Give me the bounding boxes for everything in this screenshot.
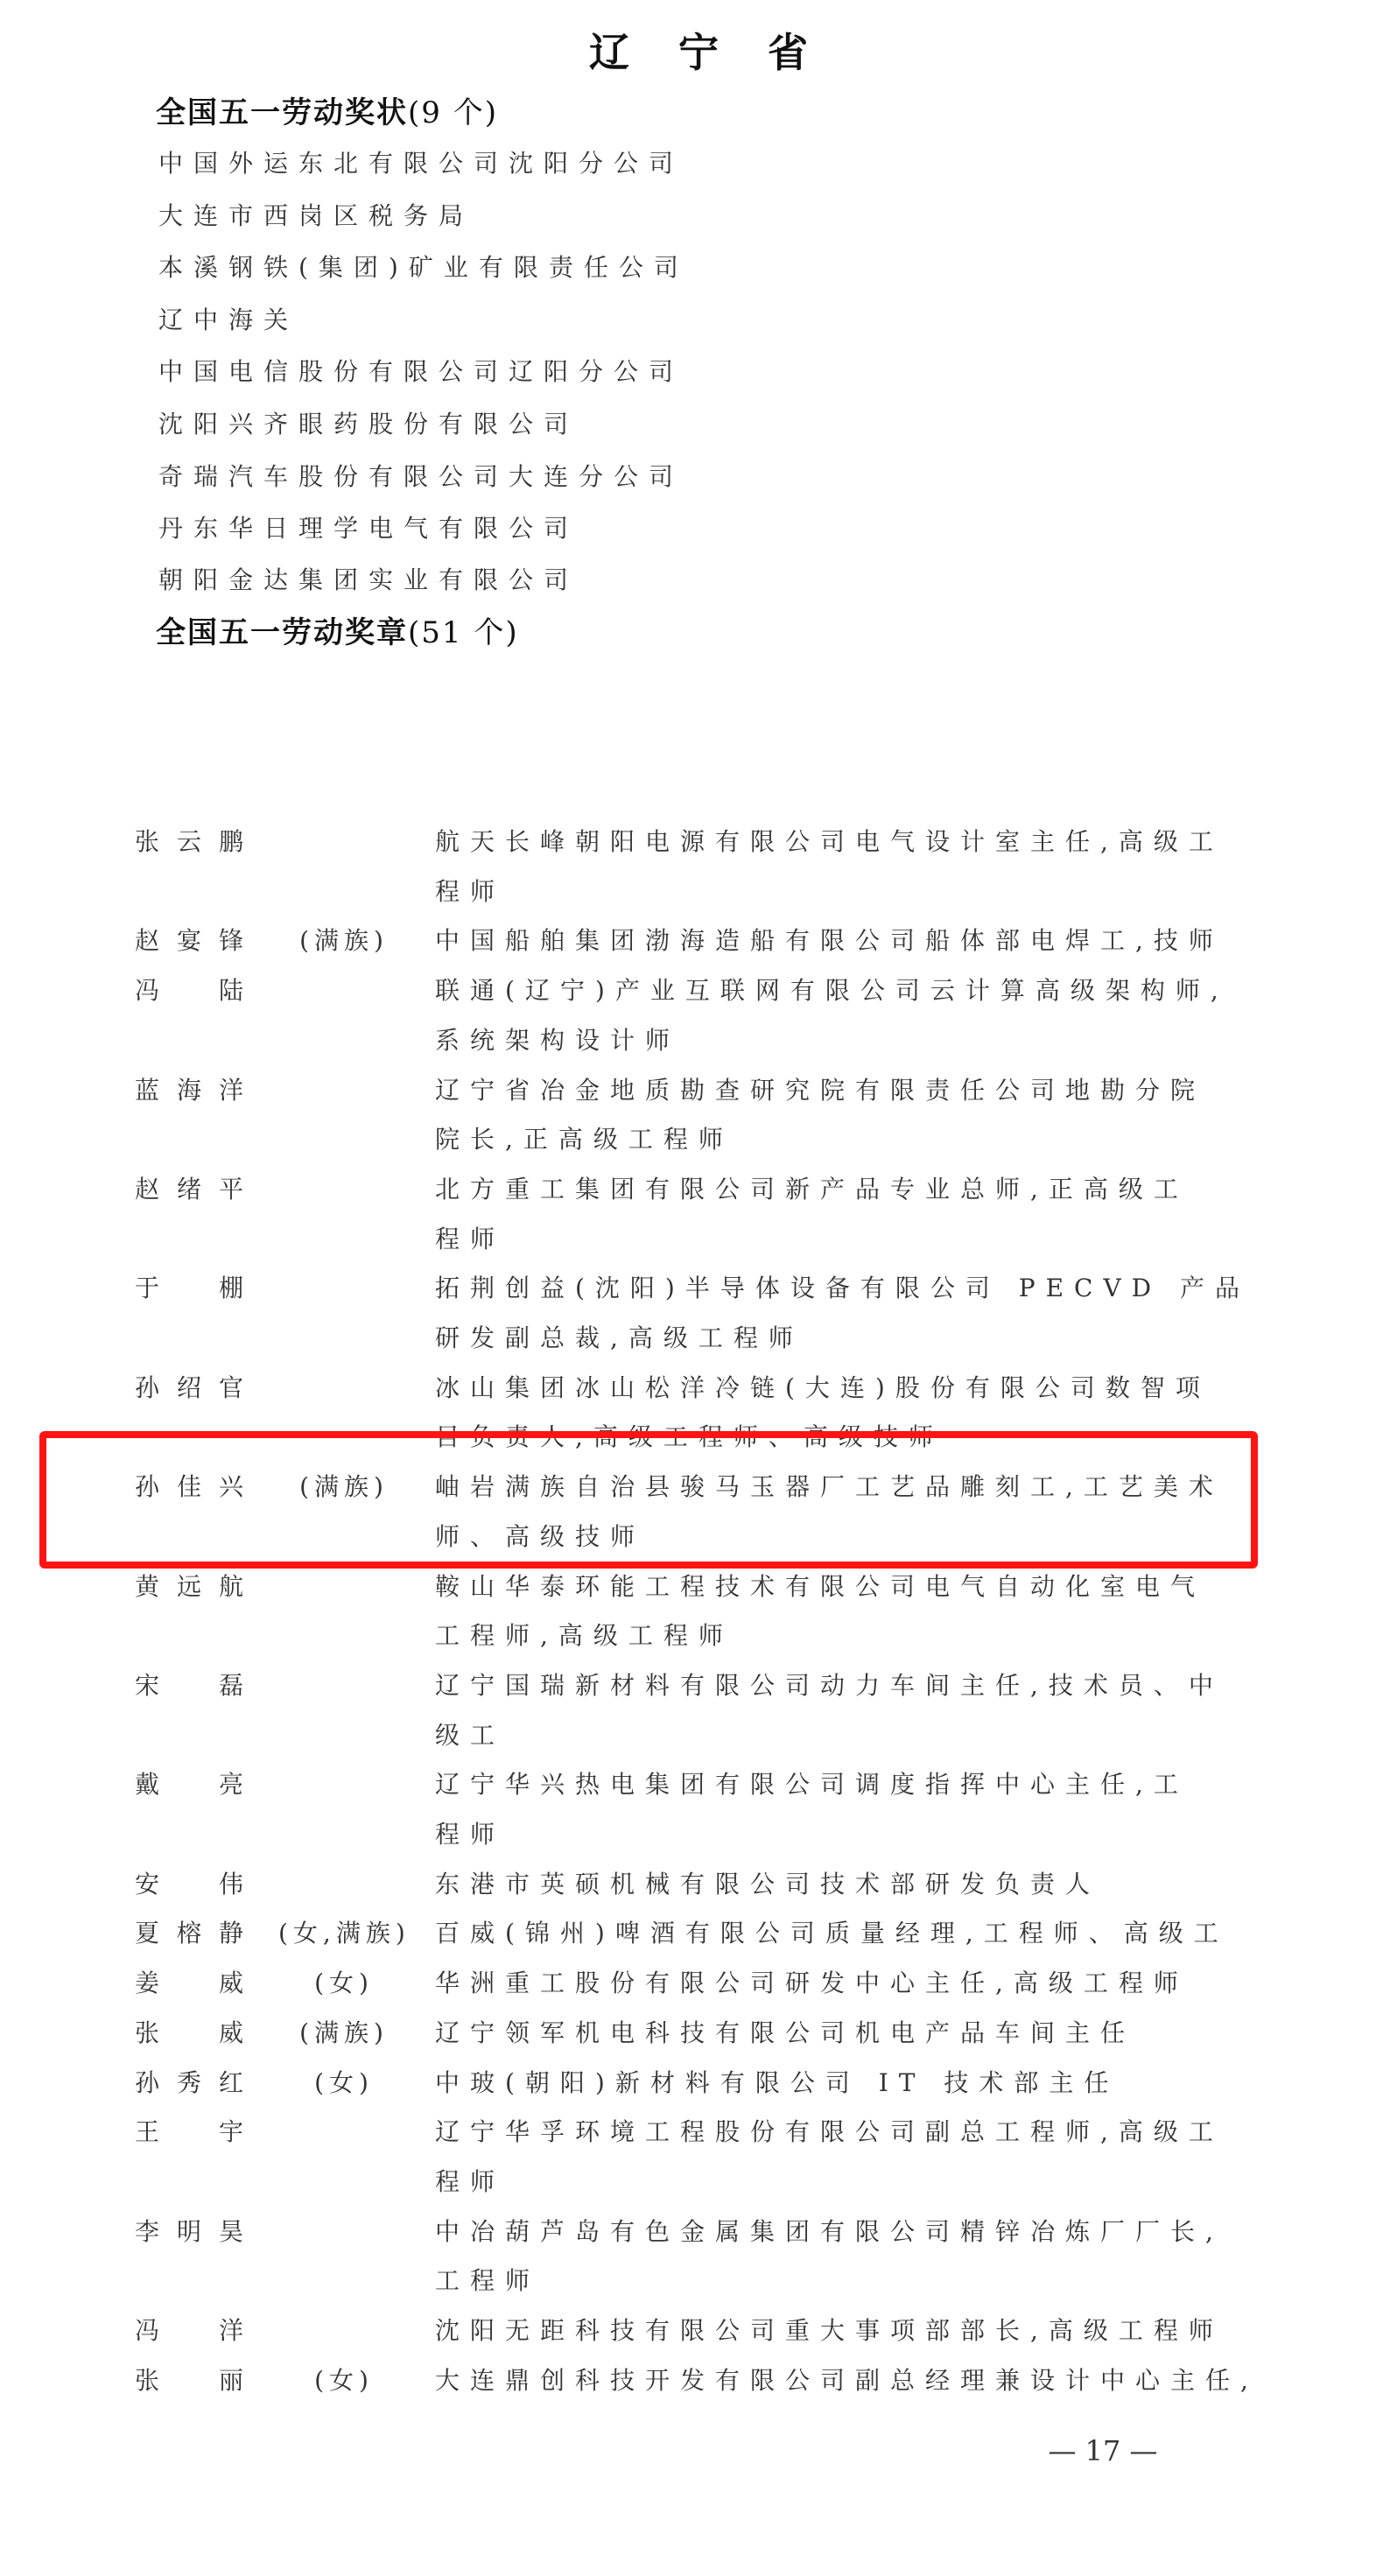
section-heading-award-certificates: 全国五一劳动奖状(9 个) <box>156 95 498 130</box>
person-name-char: 蓝 <box>135 1073 159 1108</box>
person-name-char: 官 <box>219 1371 243 1406</box>
person-name-char: 秀 <box>177 2066 201 2101</box>
description-line: 院长,正高级工程师 <box>435 1115 1232 1165</box>
person-name-char: 安 <box>135 1867 159 1902</box>
person-title-description: 北方重工集团有限公司新产品专业总师,正高级工程师 <box>435 1165 1232 1264</box>
description-line: 华洲重工股份有限公司研发中心主任,高级工程师 <box>435 1959 1232 2009</box>
person-name-char: 赵 <box>135 1172 159 1207</box>
description-line: 工程师 <box>435 2257 1232 2306</box>
person-name: 张威 <box>135 2016 243 2051</box>
person-name-char: 孙 <box>135 1371 159 1406</box>
description-line: 程师 <box>435 1215 1232 1265</box>
person-title-description: 联通(辽宁)产业互联网有限公司云计算高级架构师,系统架构设计师 <box>435 966 1232 1065</box>
person-name-char: 于 <box>135 1271 159 1306</box>
person-name-char: 威 <box>219 1966 243 2001</box>
person-name-char: 锋 <box>219 923 243 958</box>
person-ethnicity: (女) <box>278 1966 410 2001</box>
person-title-description: 华洲重工股份有限公司研发中心主任,高级工程师 <box>435 1959 1232 2009</box>
org-list-item: 中国电信股份有限公司辽阳分公司 <box>158 354 684 390</box>
description-line: 百威(锦州)啤酒有限公司质量经理,工程师、高级工 <box>435 1909 1232 1959</box>
description-line: 程师 <box>435 2158 1232 2207</box>
description-line: 级工 <box>435 1711 1232 1761</box>
section-heading-award-medals: 全国五一劳动奖章(51 个) <box>156 615 519 650</box>
description-line: 工程师,高级工程师 <box>435 1611 1232 1661</box>
section-count: (9 个) <box>408 95 498 130</box>
person-title-description: 辽宁领军机电科技有限公司机电产品车间主任 <box>435 2009 1232 2059</box>
description-line: 程师 <box>435 1810 1232 1860</box>
person-name: 安伟 <box>135 1867 243 1902</box>
person-name-char: 棚 <box>219 1271 243 1306</box>
person-name-char: 绍 <box>177 1371 201 1406</box>
person-name-char: 磊 <box>219 1668 243 1703</box>
person-name-char: 宴 <box>177 923 201 958</box>
person-name-char: 孙 <box>135 1470 159 1505</box>
person-name-char: 亮 <box>219 1767 243 1802</box>
person-name-char: 昊 <box>219 2215 243 2250</box>
person-name: 李明昊 <box>135 2215 243 2250</box>
person-name-char: 绪 <box>177 1172 201 1207</box>
description-line: 目负责人,高级工程师、高级技师 <box>435 1413 1232 1463</box>
description-line: 研发副总裁,高级工程师 <box>435 1314 1232 1364</box>
person-name-char: 平 <box>219 1172 243 1207</box>
person-name: 赵绪平 <box>135 1172 243 1207</box>
description-line: 航天长峰朝阳电源有限公司电气设计室主任,高级工 <box>435 818 1232 867</box>
person-name-char: 夏 <box>135 1916 159 1951</box>
person-name-char: 红 <box>219 2066 243 2101</box>
person-name-char: 李 <box>135 2215 159 2250</box>
person-name: 张云鹏 <box>135 825 243 860</box>
person-name-char: 海 <box>177 1073 201 1108</box>
person-name-char: 榕 <box>177 1916 201 1951</box>
person-name-char: 伟 <box>219 1867 243 1902</box>
person-name-char: 云 <box>177 825 201 860</box>
person-title-description: 辽宁国瑞新材料有限公司动力车间主任,技术员、中级工 <box>435 1661 1232 1760</box>
person-name-char: 宋 <box>135 1668 159 1703</box>
person-title-description: 百威(锦州)啤酒有限公司质量经理,工程师、高级工 <box>435 1909 1232 1959</box>
description-line: 北方重工集团有限公司新产品专业总师,正高级工 <box>435 1165 1232 1215</box>
description-line: 辽宁华兴热电集团有限公司调度指挥中心主任,工 <box>435 1760 1232 1810</box>
page-number: — 17 — <box>1015 2433 1190 2468</box>
person-name-char: 航 <box>219 1569 243 1604</box>
person-name-char: 静 <box>219 1916 243 1951</box>
person-title-description: 辽宁省冶金地质勘查研究院有限责任公司地勘分院院长,正高级工程师 <box>435 1066 1232 1165</box>
person-name: 孙秀红 <box>135 2066 243 2101</box>
description-line: 中国船舶集团渤海造船有限公司船体部电焊工,技师 <box>435 916 1232 966</box>
person-title-description: 拓荆创益(沈阳)半导体设备有限公司 PECVD 产品研发副总裁,高级工程师 <box>435 1264 1232 1363</box>
section-heading-label: 全国五一劳动奖状 <box>156 95 408 130</box>
person-name-char: 赵 <box>135 923 159 958</box>
description-line: 系统架构设计师 <box>435 1016 1232 1066</box>
person-name-char: 兴 <box>219 1470 243 1505</box>
person-name: 蓝海洋 <box>135 1073 243 1108</box>
org-list-item: 中国外运东北有限公司沈阳分公司 <box>158 146 684 181</box>
person-name-char: 陆 <box>219 973 243 1008</box>
person-title-description: 辽宁华兴热电集团有限公司调度指挥中心主任,工程师 <box>435 1760 1232 1859</box>
person-name-char: 孙 <box>135 2066 159 2101</box>
person-name-char: 远 <box>177 1569 201 1604</box>
person-ethnicity: (女) <box>278 2066 410 2101</box>
person-name: 张丽 <box>135 2363 243 2398</box>
description-line: 辽宁省冶金地质勘查研究院有限责任公司地勘分院 <box>435 1066 1232 1116</box>
description-line: 中玻(朝阳)新材料有限公司 IT 技术部主任 <box>435 2059 1232 2109</box>
person-name: 戴亮 <box>135 1767 243 1802</box>
person-name-char: 戴 <box>135 1767 159 1802</box>
person-name-char: 姜 <box>135 1966 159 2001</box>
person-name: 夏榕静 <box>135 1916 243 1951</box>
person-name: 宋磊 <box>135 1668 243 1703</box>
person-ethnicity: (女) <box>278 2363 410 2398</box>
description-line: 联通(辽宁)产业互联网有限公司云计算高级架构师, <box>435 966 1232 1016</box>
org-list-item: 大连市西岗区税务局 <box>158 199 474 234</box>
person-name: 冯陆 <box>135 973 243 1008</box>
person-title-description: 鞍山华泰环能工程技术有限公司电气自动化室电气工程师,高级工程师 <box>435 1562 1232 1661</box>
person-ethnicity: (满族) <box>278 923 410 958</box>
org-list-item: 丹东华日理学电气有限公司 <box>158 511 579 546</box>
person-name-char: 威 <box>219 2016 243 2051</box>
person-name-char: 冯 <box>135 973 159 1008</box>
person-title-description: 东港市英硕机械有限公司技术部研发负责人 <box>435 1860 1232 1910</box>
person-name-char: 张 <box>135 825 159 860</box>
description-line: 冰山集团冰山松洋冷链(大连)股份有限公司数智项 <box>435 1364 1232 1414</box>
person-name-char: 丽 <box>219 2363 243 2398</box>
person-name: 赵宴锋 <box>135 923 243 958</box>
section-count: (51 个) <box>408 615 519 650</box>
person-ethnicity: (女,满族) <box>278 1916 410 1951</box>
person-name-char: 明 <box>177 2215 201 2250</box>
person-name: 冯洋 <box>135 2313 243 2348</box>
description-line: 大连鼎创科技开发有限公司副总经理兼设计中心主任, <box>435 2356 1232 2406</box>
person-name-char: 黄 <box>135 1569 159 1604</box>
person-title-description: 大连鼎创科技开发有限公司副总经理兼设计中心主任, <box>435 2356 1232 2406</box>
person-name-char: 鹏 <box>219 825 243 860</box>
person-title-description: 辽宁华孚环境工程股份有限公司副总工程师,高级工程师 <box>435 2108 1232 2207</box>
org-list-item: 奇瑞汽车股份有限公司大连分公司 <box>158 460 684 495</box>
description-line: 岫岩满族自治县骏马玉器厂工艺品雕刻工,工艺美术 <box>435 1463 1232 1513</box>
description-line: 中冶葫芦岛有色金属集团有限公司精锌冶炼厂厂长, <box>435 2207 1232 2257</box>
description-line: 拓荆创益(沈阳)半导体设备有限公司 PECVD 产品 <box>435 1264 1232 1314</box>
person-name-char: 王 <box>135 2115 159 2150</box>
org-list-item: 朝阳金达集团实业有限公司 <box>158 563 579 598</box>
description-line: 辽宁国瑞新材料有限公司动力车间主任,技术员、中 <box>435 1661 1232 1711</box>
person-name-char: 洋 <box>219 2313 243 2348</box>
person-name-char: 张 <box>135 2016 159 2051</box>
description-line: 沈阳无距科技有限公司重大事项部部长,高级工程师 <box>435 2306 1232 2356</box>
person-name: 于棚 <box>135 1271 243 1306</box>
person-title-description: 岫岩满族自治县骏马玉器厂工艺品雕刻工,工艺美术师、高级技师 <box>435 1463 1232 1562</box>
person-name: 黄远航 <box>135 1569 243 1604</box>
person-title-description: 中国船舶集团渤海造船有限公司船体部电焊工,技师 <box>435 916 1232 966</box>
description-line: 师、高级技师 <box>435 1513 1232 1562</box>
person-title-description: 中冶葫芦岛有色金属集团有限公司精锌冶炼厂厂长,工程师 <box>435 2207 1232 2306</box>
person-title-description: 沈阳无距科技有限公司重大事项部部长,高级工程师 <box>435 2306 1232 2356</box>
description-line: 东港市英硕机械有限公司技术部研发负责人 <box>435 1860 1232 1910</box>
org-list-item: 沈阳兴齐眼药股份有限公司 <box>158 407 579 442</box>
person-name-char: 张 <box>135 2363 159 2398</box>
page-title: 辽 宁 省 <box>0 26 1383 79</box>
person-name-char: 佳 <box>177 1470 201 1505</box>
org-list-item: 辽中海关 <box>158 303 298 338</box>
description-line: 鞍山华泰环能工程技术有限公司电气自动化室电气 <box>435 1562 1232 1612</box>
person-ethnicity: (满族) <box>278 1470 410 1505</box>
person-name-char: 冯 <box>135 2313 159 2348</box>
person-title-description: 航天长峰朝阳电源有限公司电气设计室主任,高级工程师 <box>435 818 1232 916</box>
section-heading-label: 全国五一劳动奖章 <box>156 615 408 650</box>
description-line: 辽宁华孚环境工程股份有限公司副总工程师,高级工 <box>435 2108 1232 2158</box>
org-list-item: 本溪钢铁(集团)矿业有限责任公司 <box>158 250 689 285</box>
person-name-char: 洋 <box>219 1073 243 1108</box>
person-title-description: 冰山集团冰山松洋冷链(大连)股份有限公司数智项目负责人,高级工程师、高级技师 <box>435 1364 1232 1463</box>
person-name: 姜威 <box>135 1966 243 2001</box>
description-line: 辽宁领军机电科技有限公司机电产品车间主任 <box>435 2009 1232 2059</box>
person-title-description: 中玻(朝阳)新材料有限公司 IT 技术部主任 <box>435 2059 1232 2109</box>
description-line: 程师 <box>435 867 1232 917</box>
person-name: 孙佳兴 <box>135 1470 243 1505</box>
person-name: 王宇 <box>135 2115 243 2150</box>
person-name: 孙绍官 <box>135 1371 243 1406</box>
person-name-char: 宇 <box>219 2115 243 2150</box>
person-ethnicity: (满族) <box>278 2016 410 2051</box>
